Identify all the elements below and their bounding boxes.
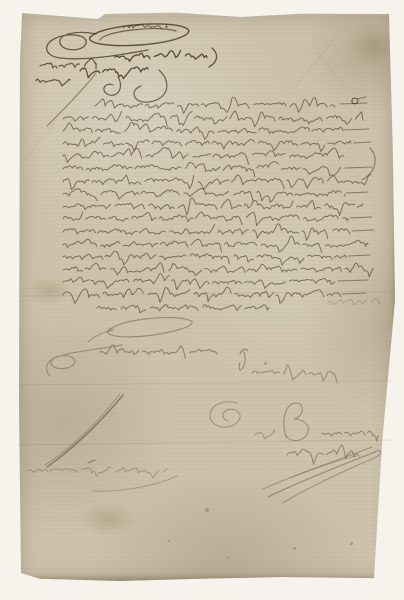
paper-speck (227, 557, 229, 559)
paper-stain (348, 22, 398, 68)
paper-speck (293, 547, 296, 550)
manuscript-paper (18, 12, 395, 581)
paper-speck (350, 542, 353, 545)
paper-speck (205, 508, 209, 512)
paper-speck (264, 362, 267, 365)
paper-speck (168, 540, 170, 542)
paper-stain (26, 276, 72, 306)
paper-stain (78, 502, 138, 536)
photograph-background: dEd: mogende Heeren 11 Januarij 166[4] S… (0, 0, 404, 600)
